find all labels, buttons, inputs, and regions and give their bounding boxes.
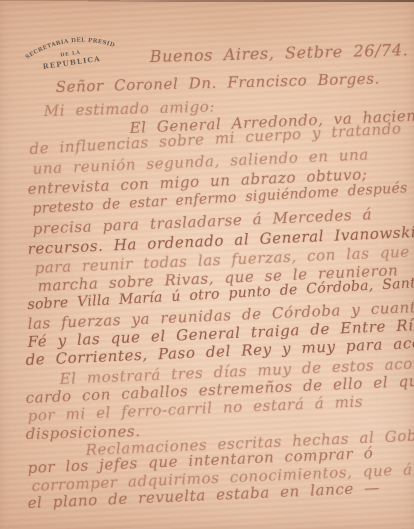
- scan-edge: [0, 0, 120, 1]
- handwriting-line-dateline: Buenos Aires, Setbre 26/74.: [150, 41, 409, 66]
- presidential-secretary-stamp: SECRETARIA DEL PRESIDENTE DE LA REPUBLIC…: [19, 22, 120, 79]
- scan-edge: [88, 0, 414, 2]
- letter-page: SECRETARIA DEL PRESIDENTE DE LA REPUBLIC…: [0, 0, 414, 529]
- handwriting-line-addressee: Señor Coronel Dn. Francisco Borges.: [56, 70, 381, 96]
